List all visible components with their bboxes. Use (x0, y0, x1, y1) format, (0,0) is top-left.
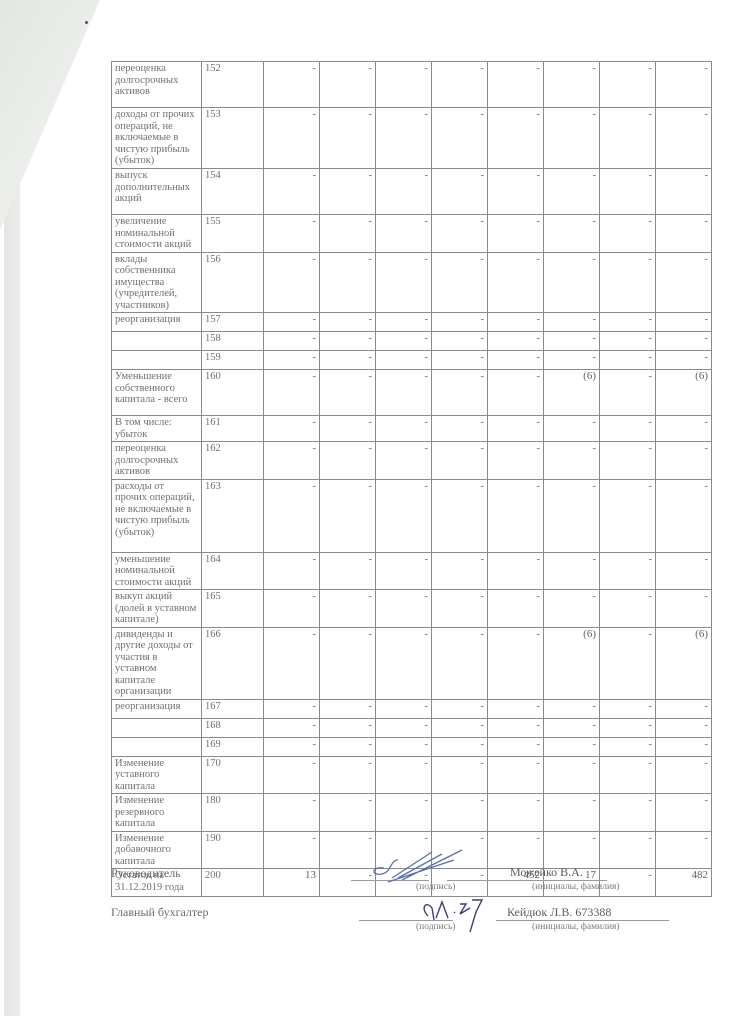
value-cell: - (656, 699, 712, 718)
table-row: реорганизация157-------- (112, 313, 712, 332)
table-row: 168-------- (112, 718, 712, 737)
value-cell: - (376, 627, 432, 699)
table-row: выпуск дополнительных акций154-------- (112, 169, 712, 215)
row-label: В том числе: убыток (112, 416, 202, 442)
value-cell: - (376, 737, 432, 756)
chief-accountant-name-line (496, 920, 669, 921)
value-cell: - (320, 627, 376, 699)
value-cell: - (600, 699, 656, 718)
value-cell: - (320, 108, 376, 169)
value-cell: - (600, 831, 656, 869)
value-cell: - (264, 627, 320, 699)
value-cell: - (376, 479, 432, 552)
value-cell: - (600, 332, 656, 351)
value-cell: - (264, 552, 320, 590)
value-cell: - (488, 627, 544, 699)
value-cell: - (376, 590, 432, 628)
value-cell: - (600, 169, 656, 215)
value-cell: - (656, 62, 712, 108)
value-cell: - (264, 370, 320, 416)
value-cell: - (320, 215, 376, 253)
value-cell: - (656, 590, 712, 628)
value-cell: - (488, 370, 544, 416)
value-cell: - (600, 718, 656, 737)
value-cell: - (432, 590, 488, 628)
row-code: 157 (202, 313, 264, 332)
value-cell: - (264, 590, 320, 628)
value-cell: - (656, 756, 712, 794)
row-code: 162 (202, 442, 264, 480)
value-cell: (6) (544, 370, 600, 416)
value-cell: - (656, 737, 712, 756)
value-cell: (6) (656, 370, 712, 416)
value-cell: - (488, 718, 544, 737)
value-cell: - (376, 416, 432, 442)
value-cell: - (432, 442, 488, 480)
value-cell: - (656, 313, 712, 332)
director-name-caption: (инициалы, фамилия) (532, 882, 620, 892)
value-cell: - (544, 737, 600, 756)
table-row: Изменение резервного капитала180-------- (112, 794, 712, 832)
value-cell: - (320, 370, 376, 416)
value-cell: - (376, 351, 432, 370)
value-cell: - (600, 756, 656, 794)
director-name: Можейко В.А. (510, 865, 583, 880)
value-cell: - (376, 332, 432, 351)
value-cell: - (376, 215, 432, 253)
value-cell: - (544, 552, 600, 590)
value-cell: - (488, 169, 544, 215)
value-cell: - (264, 442, 320, 480)
value-cell: - (656, 332, 712, 351)
value-cell: - (264, 794, 320, 832)
table-row: реорганизация167-------- (112, 699, 712, 718)
value-cell: - (656, 215, 712, 253)
value-cell: - (544, 699, 600, 718)
value-cell: - (264, 108, 320, 169)
value-cell: - (264, 479, 320, 552)
value-cell: - (264, 252, 320, 313)
value-cell: - (544, 831, 600, 869)
table-row: уменьшение номинальной стоимости акций16… (112, 552, 712, 590)
value-cell: - (544, 332, 600, 351)
value-cell: - (376, 370, 432, 416)
value-cell: - (432, 108, 488, 169)
row-label: переоценка долгосрочных активов (112, 62, 202, 108)
value-cell: - (656, 169, 712, 215)
value-cell: - (432, 737, 488, 756)
value-cell: - (600, 794, 656, 832)
row-label (112, 737, 202, 756)
value-cell: - (600, 62, 656, 108)
value-cell: - (656, 552, 712, 590)
value-cell: - (376, 62, 432, 108)
row-label: выкуп акций (долей в уставном капитале) (112, 590, 202, 628)
value-cell: 13 (264, 869, 320, 897)
director-signature-icon (362, 846, 472, 886)
value-cell: - (432, 756, 488, 794)
value-cell: - (600, 590, 656, 628)
value-cell: - (432, 169, 488, 215)
row-label: уменьшение номинальной стоимости акций (112, 552, 202, 590)
director-signature-caption: (подпись) (416, 882, 455, 892)
table-row: 169-------- (112, 737, 712, 756)
value-cell: - (432, 370, 488, 416)
value-cell: - (320, 552, 376, 590)
row-code: 154 (202, 169, 264, 215)
value-cell: - (432, 718, 488, 737)
value-cell: - (600, 313, 656, 332)
row-label: Уменьшение собственного капитала - всего (112, 370, 202, 416)
row-code: 167 (202, 699, 264, 718)
value-cell: - (544, 252, 600, 313)
value-cell: - (432, 479, 488, 552)
value-cell: - (320, 718, 376, 737)
value-cell: - (320, 794, 376, 832)
table-row: В том числе: убыток161-------- (112, 416, 712, 442)
value-cell: - (544, 794, 600, 832)
value-cell: - (320, 351, 376, 370)
value-cell: - (376, 756, 432, 794)
value-cell: - (544, 442, 600, 480)
value-cell: - (320, 442, 376, 480)
value-cell: - (320, 590, 376, 628)
value-cell: - (656, 108, 712, 169)
value-cell: - (600, 252, 656, 313)
row-code: 156 (202, 252, 264, 313)
value-cell: - (264, 831, 320, 869)
value-cell: 482 (656, 869, 712, 897)
value-cell: - (320, 313, 376, 332)
value-cell: - (432, 351, 488, 370)
value-cell: (6) (656, 627, 712, 699)
value-cell: - (544, 479, 600, 552)
row-code: 180 (202, 794, 264, 832)
value-cell: - (320, 332, 376, 351)
value-cell: - (376, 718, 432, 737)
row-code: 153 (202, 108, 264, 169)
value-cell: - (264, 62, 320, 108)
value-cell: - (544, 62, 600, 108)
table-row: 158-------- (112, 332, 712, 351)
value-cell: (6) (544, 627, 600, 699)
value-cell: - (544, 215, 600, 253)
value-cell: - (544, 108, 600, 169)
row-label (112, 351, 202, 370)
value-cell: - (264, 756, 320, 794)
value-cell: - (320, 756, 376, 794)
page-bottom-edge (0, 1016, 746, 1024)
table-row: выкуп акций (долей в уставном капитале)1… (112, 590, 712, 628)
row-code: 161 (202, 416, 264, 442)
value-cell: - (320, 699, 376, 718)
table-row: расходы от прочих операций, не включаемы… (112, 479, 712, 552)
row-code: 155 (202, 215, 264, 253)
value-cell: - (656, 831, 712, 869)
row-label: реорганизация (112, 313, 202, 332)
value-cell: - (320, 416, 376, 442)
value-cell: - (376, 169, 432, 215)
value-cell: - (600, 552, 656, 590)
value-cell: - (432, 552, 488, 590)
value-cell: - (600, 737, 656, 756)
table-row: 159-------- (112, 351, 712, 370)
table-row: переоценка долгосрочных активов162------… (112, 442, 712, 480)
value-cell: - (264, 416, 320, 442)
value-cell: - (488, 416, 544, 442)
table-row: Изменение уставного капитала170-------- (112, 756, 712, 794)
value-cell: - (376, 699, 432, 718)
row-label: вклады собственника имущества (учредител… (112, 252, 202, 313)
value-cell: - (376, 794, 432, 832)
row-code: 166 (202, 627, 264, 699)
table-row: доходы от прочих операций, не включаемые… (112, 108, 712, 169)
value-cell: - (600, 351, 656, 370)
value-cell: - (488, 62, 544, 108)
row-label: выпуск дополнительных акций (112, 169, 202, 215)
value-cell: - (264, 169, 320, 215)
value-cell: - (600, 416, 656, 442)
value-cell: - (600, 479, 656, 552)
chief-accountant-name: Кейдюк Л.В. 673388 (507, 905, 611, 920)
table-row: Уменьшение собственного капитала - всего… (112, 370, 712, 416)
value-cell: - (432, 313, 488, 332)
value-cell: - (656, 479, 712, 552)
row-label: Изменение уставного капитала (112, 756, 202, 794)
value-cell: - (432, 215, 488, 253)
value-cell: - (656, 718, 712, 737)
value-cell: - (656, 794, 712, 832)
row-label: Изменение резервного капитала (112, 794, 202, 832)
value-cell: - (320, 479, 376, 552)
value-cell: - (656, 252, 712, 313)
value-cell: - (264, 215, 320, 253)
row-code: 200 (202, 869, 264, 897)
equity-changes-table: переоценка долгосрочных активов152------… (111, 61, 712, 897)
value-cell: - (488, 313, 544, 332)
value-cell: - (432, 62, 488, 108)
value-cell: - (376, 252, 432, 313)
chief-accountant-name-caption: (инициалы, фамилия) (532, 922, 620, 932)
value-cell: - (488, 590, 544, 628)
table-row: вклады собственника имущества (учредител… (112, 252, 712, 313)
table-row: переоценка долгосрочных активов152------… (112, 62, 712, 108)
chief-accountant-signature-caption: (подпись) (416, 922, 455, 932)
value-cell: - (488, 756, 544, 794)
value-cell: - (432, 794, 488, 832)
row-code: 160 (202, 370, 264, 416)
row-code: 169 (202, 737, 264, 756)
value-cell: - (432, 252, 488, 313)
value-cell: - (544, 416, 600, 442)
value-cell: - (376, 552, 432, 590)
value-cell: - (488, 699, 544, 718)
row-code: 190 (202, 831, 264, 869)
value-cell: - (320, 62, 376, 108)
value-cell: - (432, 627, 488, 699)
value-cell: - (600, 215, 656, 253)
value-cell: - (488, 332, 544, 351)
value-cell: - (264, 718, 320, 737)
value-cell: - (544, 756, 600, 794)
value-cell: - (488, 794, 544, 832)
scan-speck (85, 21, 88, 24)
row-label: дивиденды и другие доходы от участия в у… (112, 627, 202, 699)
value-cell: - (488, 479, 544, 552)
chief-accountant-role-label: Главный бухгалтер (111, 905, 208, 920)
row-code: 165 (202, 590, 264, 628)
value-cell: - (488, 442, 544, 480)
value-cell: - (544, 169, 600, 215)
value-cell: - (656, 351, 712, 370)
row-label: Изменение добавочного капитала (112, 831, 202, 869)
row-code: 159 (202, 351, 264, 370)
row-label: переоценка долгосрочных активов (112, 442, 202, 480)
value-cell: - (488, 737, 544, 756)
value-cell: - (488, 831, 544, 869)
table-row: увеличение номинальной стоимости акций15… (112, 215, 712, 253)
value-cell: - (488, 552, 544, 590)
value-cell: - (264, 351, 320, 370)
value-cell: - (600, 370, 656, 416)
value-cell: - (544, 351, 600, 370)
value-cell: - (264, 313, 320, 332)
row-code: 168 (202, 718, 264, 737)
row-label: реорганизация (112, 699, 202, 718)
value-cell: - (488, 252, 544, 313)
value-cell: - (544, 590, 600, 628)
value-cell: - (376, 442, 432, 480)
value-cell: - (488, 108, 544, 169)
value-cell: - (376, 313, 432, 332)
row-label (112, 332, 202, 351)
row-label: расходы от прочих операций, не включаемы… (112, 479, 202, 552)
value-cell: - (544, 718, 600, 737)
director-role-label: Руководитель (111, 866, 181, 881)
row-label (112, 718, 202, 737)
value-cell: - (488, 215, 544, 253)
row-code: 170 (202, 756, 264, 794)
value-cell: - (600, 442, 656, 480)
row-label: доходы от прочих операций, не включаемые… (112, 108, 202, 169)
row-code: 163 (202, 479, 264, 552)
table-row: дивиденды и другие доходы от участия в у… (112, 627, 712, 699)
row-code: 152 (202, 62, 264, 108)
value-cell: - (600, 627, 656, 699)
value-cell: - (264, 699, 320, 718)
value-cell: - (600, 108, 656, 169)
value-cell: - (432, 699, 488, 718)
value-cell: - (656, 416, 712, 442)
value-cell: - (320, 252, 376, 313)
row-code: 164 (202, 552, 264, 590)
value-cell: - (488, 351, 544, 370)
value-cell: - (264, 737, 320, 756)
row-label: увеличение номинальной стоимости акций (112, 215, 202, 253)
value-cell: - (376, 108, 432, 169)
row-code: 158 (202, 332, 264, 351)
value-cell: - (432, 332, 488, 351)
value-cell: - (544, 313, 600, 332)
value-cell: - (432, 416, 488, 442)
value-cell: - (320, 169, 376, 215)
value-cell: - (656, 442, 712, 480)
value-cell: - (264, 332, 320, 351)
value-cell: - (320, 737, 376, 756)
